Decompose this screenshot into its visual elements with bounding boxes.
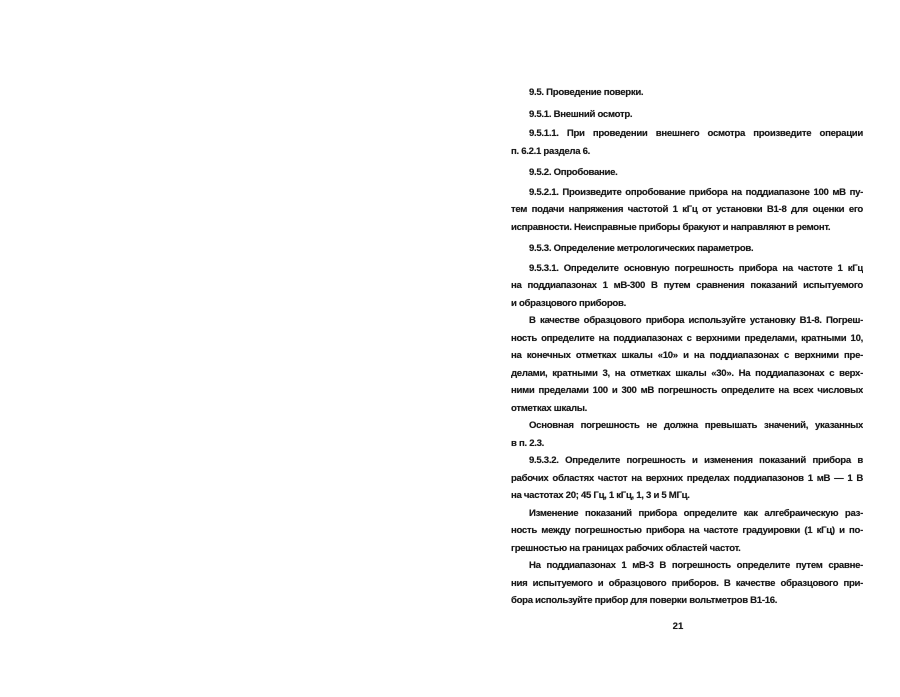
text-line: ними пределами 100 и 300 мВ погрешность …	[511, 382, 863, 400]
section-heading: 9.5.2. Опробование.	[511, 164, 863, 182]
text-line: ность между погрешностью прибора на част…	[511, 522, 863, 540]
text-line: 9.5.3.2. Определите погрешность и измене…	[511, 452, 863, 470]
text-line: Основная погрешность не должна превышать…	[511, 417, 863, 435]
section-heading: 9.5. Проведение поверки.	[511, 84, 863, 102]
page-number: 21	[502, 618, 854, 636]
body-paragraph: 9.5.2.1. Произведите опробование прибора…	[511, 184, 863, 237]
text-line: п. 6.2.1 раздела 6.	[511, 143, 863, 161]
body-paragraph: В качестве образцового прибора используй…	[511, 312, 863, 417]
body-paragraph: 9.5.3.1. Определите основную погрешность…	[511, 260, 863, 313]
text-line: исправности. Неисправные приборы бракуют…	[511, 219, 863, 237]
text-line: рабочих областях частот на верхних преде…	[511, 470, 863, 488]
text-line: на конечных отметках шкалы «10» и на под…	[511, 347, 863, 365]
body-paragraph: Изменение показаний прибора определите к…	[511, 505, 863, 558]
body-paragraph: 9.5.3.2. Определите погрешность и измене…	[511, 452, 863, 505]
text-line: 9.5.1.1. При проведении внешнего осмотра…	[511, 125, 863, 143]
text-line: в п. 2.3.	[511, 435, 863, 453]
scanned-page: 9.5. Проведение поверки.9.5.1. Внешний о…	[0, 0, 900, 697]
text-line: 9.5.1. Внешний осмотр.	[511, 106, 863, 124]
text-line: ность определите на поддиапазонах с верх…	[511, 330, 863, 348]
body-paragraph: Основная погрешность не должна превышать…	[511, 417, 863, 452]
section-heading: 9.5.3. Определение метрологических парам…	[511, 240, 863, 258]
document-text-column: 9.5. Проведение поверки.9.5.1. Внешний о…	[511, 84, 863, 635]
text-line: тем подачи напряжения частотой 1 кГц от …	[511, 201, 863, 219]
text-line: на частотах 20; 45 Гц, 1 кГц, 1, 3 и 5 М…	[511, 487, 863, 505]
text-line: 9.5.3.1. Определите основную погрешность…	[511, 260, 863, 278]
text-line: На поддиапазонах 1 мВ-3 В погрешность оп…	[511, 557, 863, 575]
text-line: отметках шкалы.	[511, 400, 863, 418]
text-line: на поддиапазонах 1 мВ-300 В путем сравне…	[511, 277, 863, 295]
body-paragraph: На поддиапазонах 1 мВ-3 В погрешность оп…	[511, 557, 863, 610]
text-line: бора используйте прибор для поверки воль…	[511, 592, 863, 610]
text-line: делами, кратными 3, на отметках шкалы «3…	[511, 365, 863, 383]
section-heading: 9.5.1. Внешний осмотр.	[511, 106, 863, 124]
body-paragraph: 9.5.1.1. При проведении внешнего осмотра…	[511, 125, 863, 160]
text-line: В качестве образцового прибора используй…	[511, 312, 863, 330]
text-line: ния испытуемого и образцового приборов. …	[511, 575, 863, 593]
text-line: 9.5.2.1. Произведите опробование прибора…	[511, 184, 863, 202]
text-line: 9.5.2. Опробование.	[511, 164, 863, 182]
text-line: грешностью на границах рабочих областей …	[511, 540, 863, 558]
text-line: и образцового приборов.	[511, 295, 863, 313]
text-line: Изменение показаний прибора определите к…	[511, 505, 863, 523]
text-line: 9.5.3. Определение метрологических парам…	[511, 240, 863, 258]
text-line: 9.5. Проведение поверки.	[511, 84, 863, 102]
